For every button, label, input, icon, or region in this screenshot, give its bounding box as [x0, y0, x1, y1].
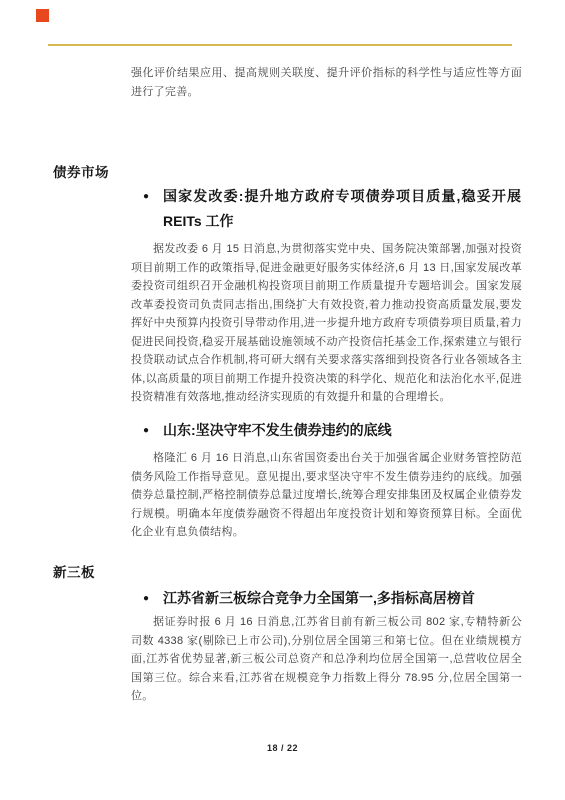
- section-title-neeq: 新三板: [53, 561, 95, 581]
- news-item: ● 江苏省新三板综合竞争力全国第一,多指标高居榜首: [143, 586, 521, 611]
- report-page: 强化评价结果应用、提高规则关联度、提升评价指标的科学性与适应性等方面进行了完善。…: [0, 0, 565, 800]
- brand-square-icon: [36, 9, 49, 22]
- news-item: ● 国家发改委:提升地方政府专项债券项目质量,稳妥开展 REITs 工作: [143, 184, 521, 234]
- news-item: ● 山东:坚决守牢不发生债券违约的底线: [143, 418, 521, 443]
- news-body: 据证券时报 6 月 16 日消息,江苏省目前有新三板公司 802 家,专精特新公…: [131, 613, 522, 706]
- news-headline-text: 山东:坚决守牢不发生债券违约的底线: [163, 422, 392, 438]
- news-body: 格隆汇 6 月 16 日消息,山东省国资委出台关于加强省属企业财务管控防范债务风…: [131, 449, 522, 542]
- news-headline: ● 山东:坚决守牢不发生债券违约的底线: [143, 418, 521, 443]
- header-divider-rule: [48, 44, 512, 46]
- news-headline-text: 国家发改委:提升地方政府专项债券项目质量,稳妥开展 REITs 工作: [163, 188, 521, 229]
- news-headline: ● 江苏省新三板综合竞争力全国第一,多指标高居榜首: [143, 586, 521, 611]
- bullet-icon: ●: [143, 418, 149, 443]
- intro-paragraph: 强化评价结果应用、提高规则关联度、提升评价指标的科学性与适应性等方面进行了完善。: [131, 64, 522, 101]
- bullet-icon: ●: [143, 586, 149, 611]
- bullet-icon: ●: [143, 184, 149, 209]
- news-headline-text: 江苏省新三板综合竞争力全国第一,多指标高居榜首: [163, 590, 475, 606]
- news-body: 据发改委 6 月 15 日消息,为贯彻落实党中央、国务院决策部署,加强对投资项目…: [131, 240, 522, 407]
- news-headline: ● 国家发改委:提升地方政府专项债券项目质量,稳妥开展 REITs 工作: [143, 184, 521, 234]
- section-title-bond-market: 债券市场: [53, 161, 109, 181]
- page-number: 18 / 22: [0, 743, 565, 753]
